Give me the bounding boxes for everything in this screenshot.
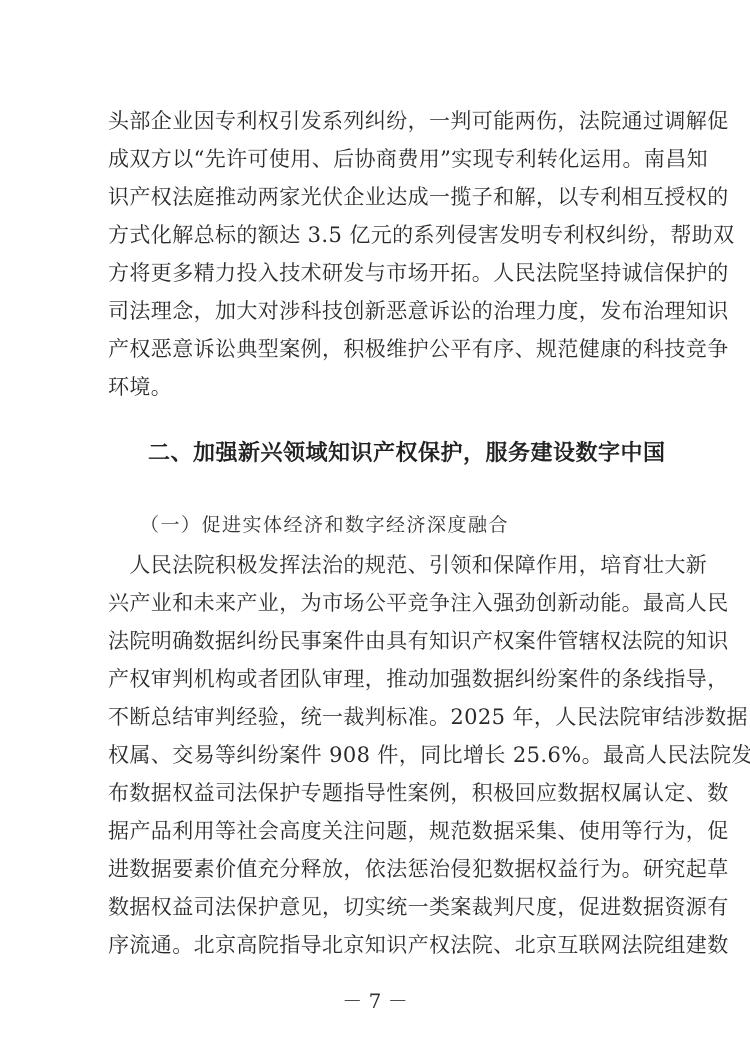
paragraph-line: 产权审判机构或者团队审理，推动加强数据纠纷案件的条线指导， bbox=[108, 666, 660, 692]
paragraph-line: 产权恶意诉讼典型案例，积极维护公平有序、规范健康的科技竞争 bbox=[108, 336, 660, 362]
page-number: － 7 － bbox=[0, 985, 750, 1014]
paragraph-line: 数据权益司法保护意见，切实统一类案裁判尺度，促进数据资源有 bbox=[108, 894, 660, 920]
paragraph-line: 司法理念，加大对涉科技创新恶意诉讼的治理力度，发布治理知识 bbox=[108, 298, 660, 324]
paragraph-line: 兴产业和未来产业，为市场公平竞争注入强劲创新动能。最高人民 bbox=[108, 590, 660, 616]
section-heading: 二、加强新兴领域知识产权保护，服务建设数字中国 bbox=[148, 440, 666, 468]
paragraph-line: 环境。 bbox=[108, 374, 660, 400]
paragraph-line: 据产品利用等社会高度关注问题，规范数据采集、使用等行为，促 bbox=[108, 818, 660, 844]
paragraph-line: 进数据要素价值充分释放，依法惩治侵犯数据权益行为。研究起草 bbox=[108, 856, 660, 882]
document-page: 头部企业因专利权引发系列纠纷，一判可能两伤，法院通过调解促 成双方以“先许可使用… bbox=[0, 0, 750, 1059]
paragraph-line: 方式化解总标的额达 3.5 亿元的系列侵害发明专利权纠纷，帮助双 bbox=[108, 222, 660, 248]
paragraph-line: 布数据权益司法保护专题指导性案例，积极回应数据权属认定、数 bbox=[108, 780, 660, 806]
paragraph-line: 识产权法庭推动两家光伏企业达成一揽子和解，以专利相互授权的 bbox=[108, 184, 660, 210]
paragraph-line: 成双方以“先许可使用、后协商费用”实现专利转化运用。南昌知 bbox=[108, 146, 660, 172]
paragraph-line: 序流通。北京高院指导北京知识产权法院、北京互联网法院组建数 bbox=[108, 932, 660, 958]
paragraph-line: 方将更多精力投入技术研发与市场开拓。人民法院坚持诚信保护的 bbox=[108, 260, 660, 286]
paragraph-line: 权属、交易等纠纷案件 908 件，同比增长 25.6%。最高人民法院发 bbox=[108, 742, 660, 768]
paragraph-line: 人民法院积极发挥法治的规范、引领和保障作用，培育壮大新 bbox=[108, 552, 660, 578]
paragraph-line: 头部企业因专利权引发系列纠纷，一判可能两伤，法院通过调解促 bbox=[108, 108, 660, 134]
subsection-heading: （一）促进实体经济和数字经济深度融合 bbox=[140, 513, 509, 537]
paragraph-line: 不断总结审判经验，统一裁判标准。2025 年，人民法院审结涉数据 bbox=[108, 704, 660, 730]
paragraph-line: 法院明确数据纠纷民事案件由具有知识产权案件管辖权法院的知识 bbox=[108, 628, 660, 654]
